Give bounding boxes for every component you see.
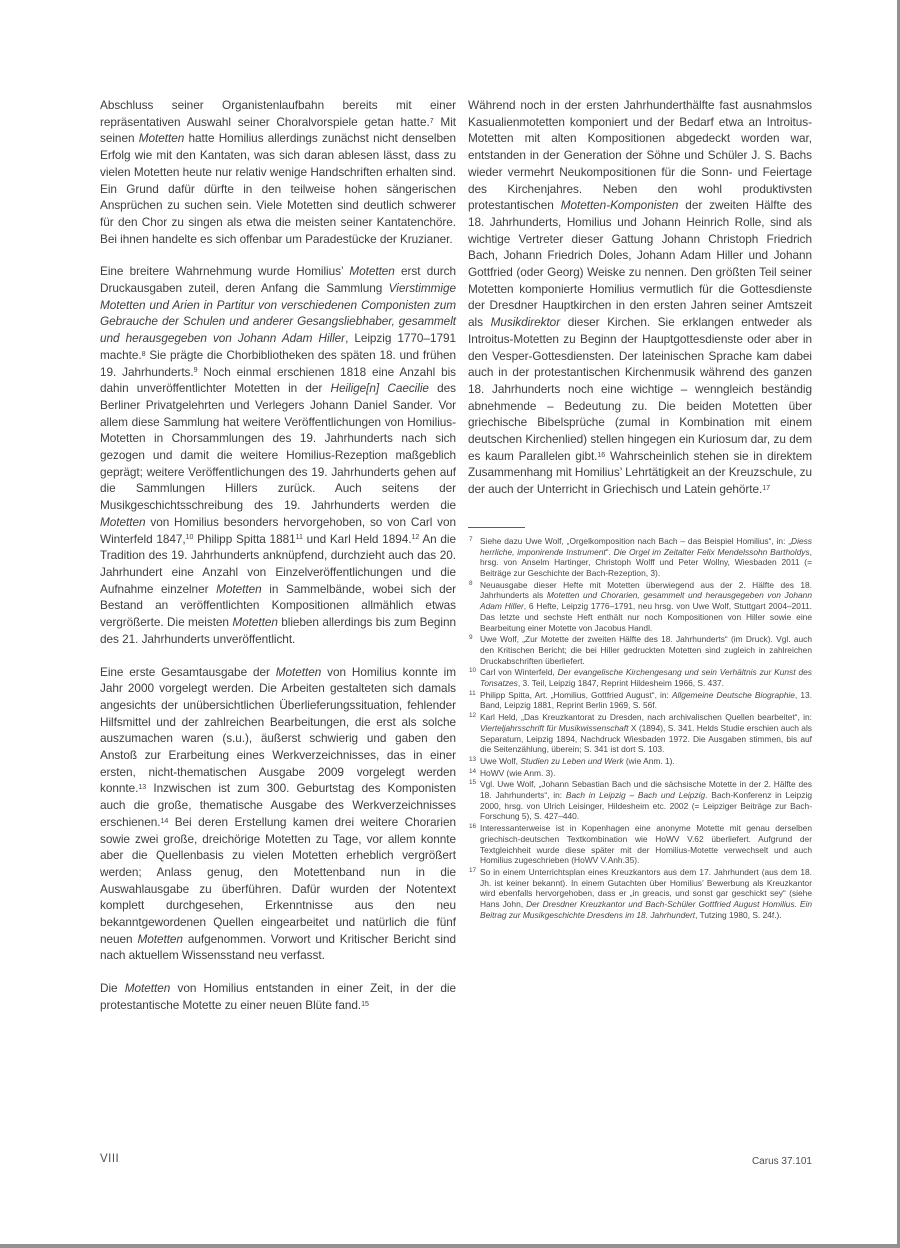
footnote-text: Uwe Wolf, „Zur Motette der zweiten Hälft… [480, 634, 812, 665]
footnote-text: So in einem Unterrichtsplan eines Kreuzk… [480, 867, 812, 920]
footnote-number: 16 [469, 822, 476, 833]
footnote-item: 17So in einem Unterrichtsplan eines Kreu… [468, 867, 812, 921]
footnote-text: Neuausgabe dieser Hefte mit Motetten übe… [480, 580, 812, 633]
footnote-text: HoWV (wie Anm. 3). [480, 768, 555, 778]
footnote-number: 7 [469, 535, 473, 546]
paragraph: Abschluss seiner Organistenlaufbahn bere… [100, 97, 456, 247]
right-column: Während noch in der ersten Jahrhunderthä… [468, 97, 812, 1030]
footnote-text: Karl Held, „Das Kreuzkantorat zu Dresden… [480, 712, 812, 754]
footnote-text: Siehe dazu Uwe Wolf, „Orgelkomposition n… [480, 536, 812, 578]
footnote-item: 15Vgl. Uwe Wolf, „Johann Sebastian Bach … [468, 779, 812, 822]
footnote-item: 16Interessanterweise ist in Kopenhagen e… [468, 823, 812, 866]
footnote-item: 13Uwe Wolf, Studien zu Leben und Werk (w… [468, 756, 812, 767]
footnote-item: 8Neuausgabe dieser Hefte mit Motetten üb… [468, 580, 812, 634]
footnote-item: 12Karl Held, „Das Kreuzkantorat zu Dresd… [468, 712, 812, 755]
footnote-item: 7Siehe dazu Uwe Wolf, „Orgelkomposition … [468, 536, 812, 579]
footnote-item: 11Philipp Spitta, Art. „Homilius, Gottfr… [468, 690, 812, 711]
footnote-number: 17 [469, 866, 476, 877]
footnote-text: Interessanterweise ist in Kopenhagen ein… [480, 823, 812, 865]
paragraph: Die Motetten von Homilius entstanden in … [100, 980, 456, 1013]
footnote-number: 9 [469, 633, 473, 644]
footnote-text: Carl von Winterfeld, Der evangelische Ki… [480, 667, 812, 688]
footnote-number: 14 [469, 767, 476, 778]
footnote-text: Uwe Wolf, Studien zu Leben und Werk (wie… [480, 756, 675, 766]
paragraph: Eine breitere Wahrnehmung wurde Homilius… [100, 263, 456, 647]
document-page: Abschluss seiner Organistenlaufbahn bere… [0, 0, 900, 1248]
footnote-item: 9Uwe Wolf, „Zur Motette der zweiten Hälf… [468, 634, 812, 666]
paragraph: Eine erste Gesamtausgabe der Motetten vo… [100, 664, 456, 965]
footnote-number: 10 [469, 666, 476, 677]
scan-edge-bottom [0, 1244, 900, 1248]
footnote-text: Philipp Spitta, Art. „Homilius, Gottfrie… [480, 690, 812, 711]
footnote-text: Vgl. Uwe Wolf, „Johann Sebastian Bach un… [480, 779, 812, 821]
footnote-number: 11 [469, 689, 476, 700]
paragraph: Während noch in der ersten Jahrhunderthä… [468, 97, 812, 498]
footnote-number: 13 [469, 755, 476, 766]
page-number: VIII [100, 1153, 119, 1165]
footnote-number: 8 [469, 579, 473, 590]
footnote-item: 14HoWV (wie Anm. 3). [468, 768, 812, 779]
right-column-text: Während noch in der ersten Jahrhunderthä… [468, 97, 812, 498]
footnote-number: 15 [469, 778, 476, 789]
footnote-separator [468, 527, 525, 528]
catalog-number: Carus 37.101 [752, 1156, 812, 1167]
footnotes-list: 7Siehe dazu Uwe Wolf, „Orgelkomposition … [468, 536, 812, 921]
text-columns: Abschluss seiner Organistenlaufbahn bere… [100, 97, 812, 1030]
left-column: Abschluss seiner Organistenlaufbahn bere… [100, 97, 456, 1030]
footnote-item: 10Carl von Winterfeld, Der evangelische … [468, 667, 812, 688]
footnote-number: 12 [469, 711, 476, 722]
